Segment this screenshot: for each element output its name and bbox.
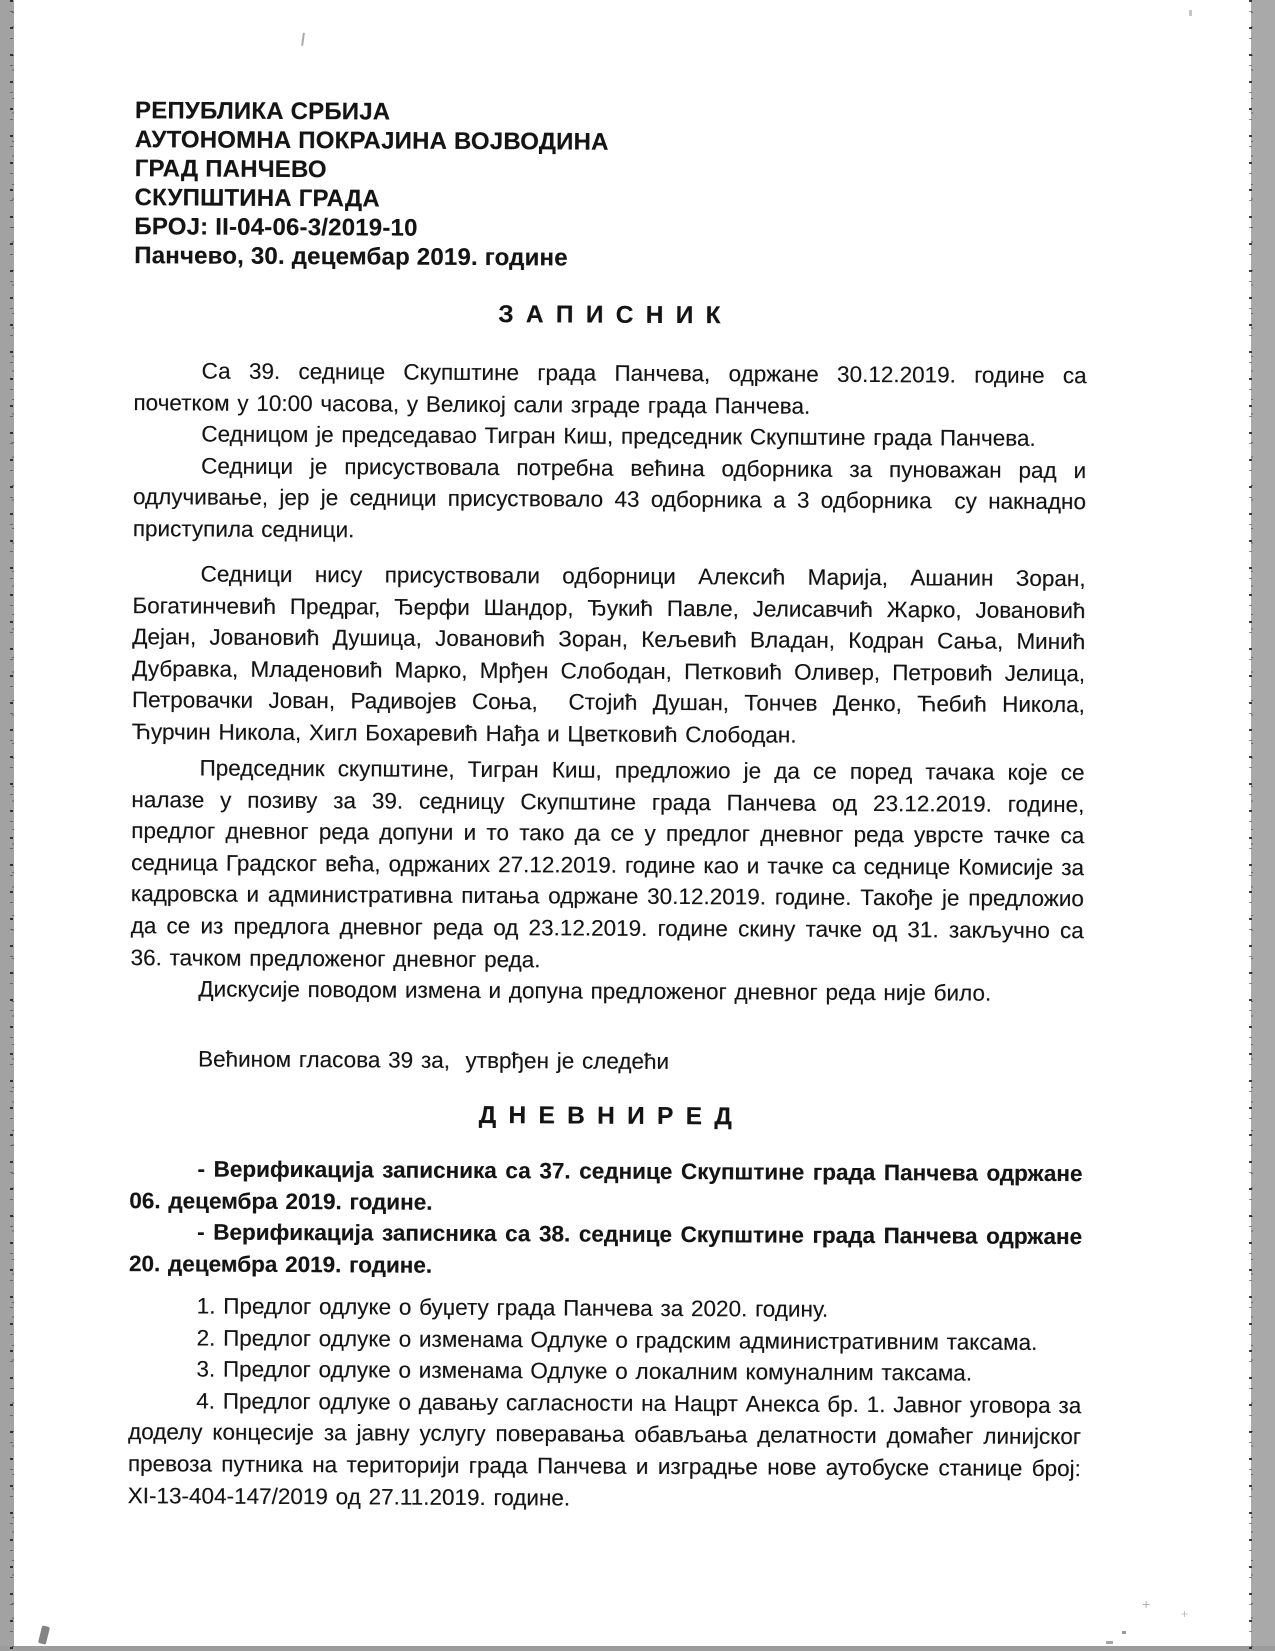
scan-speckles-left	[10, 0, 15, 1651]
letterhead-number: БРОЈ: II-04-06-3/2019-10	[134, 213, 1087, 247]
letterhead-province: АУТОНОМНА ПОКРАЈИНА ВОЈВОДИНА	[135, 126, 1088, 160]
scan-edge-right	[1251, 0, 1275, 1651]
scan-mark: +	[1142, 1597, 1150, 1611]
letterhead-city: ГРАД ПАНЧЕВО	[135, 155, 1088, 189]
agenda-verifications: - Верификација записника са 37. седнице …	[129, 1153, 1083, 1284]
paragraph-proposal: Председник скупштине, Тигран Киш, предло…	[130, 752, 1084, 978]
agenda-item: 2. Предлог одлуке о изменама Одлуке о гр…	[128, 1322, 1081, 1359]
paragraph-chairman: Седницом је председавао Тигран Киш, пред…	[133, 418, 1086, 455]
agenda-items: 1. Предлог одлуке о буџету града Панчева…	[128, 1290, 1082, 1516]
agenda-item: 3. Предлог одлуке о изменама Одлуке о ло…	[128, 1353, 1081, 1390]
paragraph-absent: Седници нису присуствовали одборници Але…	[132, 558, 1086, 753]
agenda-item: 1. Предлог одлуке о буџету града Панчева…	[129, 1290, 1082, 1327]
document-body: РЕПУБЛИКА СРБИЈА АУТОНОМНА ПОКРАЈИНА ВОЈ…	[0, 0, 1275, 1651]
scan-mark	[1106, 1641, 1113, 1644]
paragraph-session-intro: Са 39. седнице Скупштине града Панчева, …	[133, 355, 1086, 423]
scan-mark: +	[1181, 1608, 1188, 1620]
no-discussion-paragraph: Дискусије поводом измена и допуна предло…	[130, 973, 1083, 1010]
agenda-item: 4. Предлог одлуке о давању сагласности н…	[128, 1385, 1082, 1516]
letterhead-date-place: Панчево, 30. децембар 2019. године	[134, 242, 1087, 276]
scan-mark	[1122, 1631, 1126, 1634]
letterhead: РЕПУБЛИКА СРБИЈА АУТОНОМНА ПОКРАЈИНА ВОЈ…	[134, 97, 1088, 275]
agenda-title-block: Д Н Е В Н И Р Е Д	[130, 1098, 1083, 1135]
absent-members-paragraph: Седници нису присуствовали одборници Але…	[132, 558, 1086, 753]
proposal-paragraph: Председник скупштине, Тигран Киш, предло…	[130, 752, 1084, 978]
scan-edge-bottom	[0, 1646, 1275, 1651]
scan-mark	[1189, 10, 1192, 16]
intro-paragraphs: Са 39. седнице Скупштине града Панчева, …	[133, 355, 1087, 550]
scanned-document-page: { "document": { "letterhead": { "lines":…	[0, 0, 1275, 1651]
minutes-title-block: З А П И С Н И К	[134, 297, 1087, 334]
verification-item: - Верификација записника са 38. седнице …	[129, 1216, 1082, 1284]
paragraph-vote: Већином гласова 39 за, утврђен је следећ…	[130, 1043, 1083, 1080]
verification-item: - Верификација записника са 37. седнице …	[129, 1153, 1082, 1221]
letterhead-assembly: СКУПШТИНА ГРАДА	[134, 184, 1087, 218]
paragraph-quorum: Седници је присуствовала потребна већина…	[133, 450, 1086, 550]
scan-speckles-right	[1249, 0, 1254, 1651]
vote-paragraph: Већином гласова 39 за, утврђен је следећ…	[130, 1043, 1083, 1080]
minutes-title: З А П И С Н И К	[134, 297, 1087, 334]
agenda-title: Д Н Е В Н И Р Е Д	[130, 1098, 1083, 1135]
paragraph-no-discussion: Дискусије поводом измена и допуна предло…	[130, 973, 1083, 1010]
